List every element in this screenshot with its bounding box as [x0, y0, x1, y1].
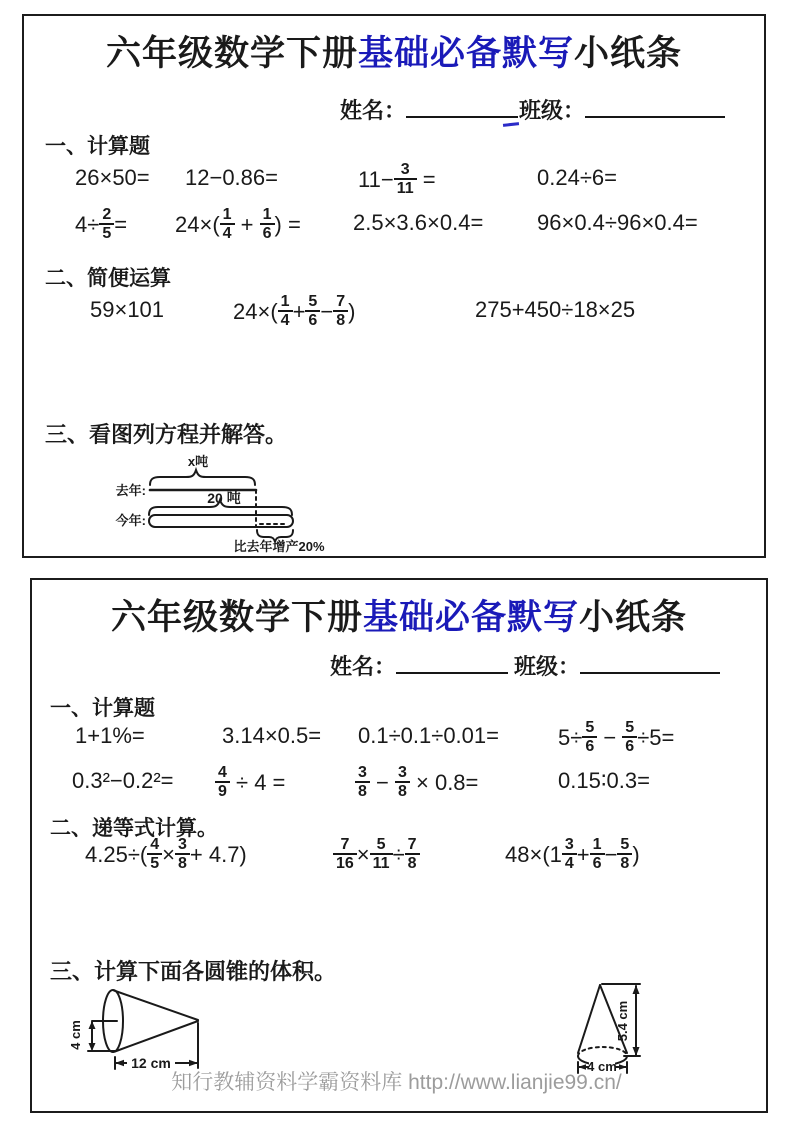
math-problem: 4÷25= — [75, 208, 127, 245]
fraction: 38 — [175, 836, 190, 873]
fraction: 49 — [215, 764, 230, 801]
worksheet-sheet-2: 六年级数学下册基础必备默写小纸条 姓名：班级： 一、计算题 1+1%= 3.14… — [30, 578, 768, 1113]
math-problem: 3.14×0.5= — [222, 721, 321, 751]
brace-over-last-year — [150, 470, 255, 485]
title-text-highlight: 基础必备默写 — [363, 598, 579, 637]
fraction: 716 — [333, 836, 357, 873]
fraction: 14 — [220, 206, 235, 243]
title-text-right: 小纸条 — [579, 598, 687, 637]
name-blank-line — [406, 96, 518, 118]
brace-over-this-year — [149, 500, 292, 515]
twenty-tons-label: 20 吨 — [207, 490, 240, 506]
worksheet-page: 六年级数学下册基础必备默写小纸条 姓名：班级： 一、计算题 26×50= 12−… — [0, 0, 793, 1122]
math-problem: 59×101 — [90, 295, 164, 325]
name-blank-line — [396, 652, 508, 674]
name-class-line: 姓名：班级： — [340, 94, 725, 125]
math-problem: 1+1%= — [75, 721, 145, 751]
fraction: 16 — [590, 836, 605, 873]
math-problem: 11−311 = — [358, 163, 436, 200]
math-problem: 0.15∶0.3= — [558, 766, 650, 796]
fraction: 78 — [405, 836, 420, 873]
this-year-label: 今年: — [115, 513, 146, 528]
math-problem: 48×(134+16−58) — [505, 838, 640, 875]
cone-side — [115, 1021, 198, 1052]
section1-heading: 一、计算题 — [50, 692, 155, 722]
name-class-line: 姓名：班级： — [330, 650, 720, 681]
math-problem: 4.25÷(45×38+ 4.7) — [85, 838, 247, 875]
fraction: 38 — [395, 764, 410, 801]
math-problem: 275+450÷18×25 — [475, 295, 635, 325]
cone-side — [578, 985, 600, 1053]
title-text-left: 六年级数学下册 — [111, 598, 363, 637]
math-problem: 5÷56 − 56÷5= — [558, 721, 674, 758]
height-label: 5.4 cm — [615, 1001, 630, 1041]
arrowhead-up — [89, 1021, 96, 1029]
section2-heading: 二、简便运算 — [45, 262, 171, 292]
cone-diagram-horizontal: 4 cm 12 cm — [55, 975, 220, 1080]
blue-pen-mark — [503, 122, 519, 127]
fraction: 58 — [617, 836, 632, 873]
sheet2-title: 六年级数学下册基础必备默写小纸条 — [32, 590, 766, 640]
section3-heading: 三、看图列方程并解答。 — [45, 418, 287, 449]
math-problem: 2.5×3.6×0.4= — [353, 208, 483, 238]
class-label: 班级： — [514, 654, 580, 679]
title-text-left: 六年级数学下册 — [106, 34, 358, 73]
fraction: 14 — [278, 293, 293, 330]
fraction: 311 — [394, 161, 417, 198]
fraction: 56 — [622, 719, 637, 756]
arrowhead-up — [633, 985, 640, 994]
math-problem: 49 ÷ 4 = — [215, 766, 285, 803]
class-blank-line — [585, 96, 725, 118]
title-text-highlight: 基础必备默写 — [358, 34, 574, 73]
radius-label: 4 cm — [68, 1020, 83, 1050]
math-problem: 24×(14+56−78) — [233, 295, 355, 332]
title-text-right: 小纸条 — [574, 34, 682, 73]
math-problem: 38 − 38 × 0.8= — [355, 766, 478, 803]
cone-side — [114, 991, 198, 1021]
name-label: 姓名： — [330, 654, 396, 679]
fraction: 34 — [562, 836, 577, 873]
math-problem: 0.3²−0.2²= — [72, 766, 174, 796]
name-label: 姓名： — [340, 98, 406, 123]
math-problem: 0.1÷0.1÷0.01= — [358, 721, 499, 751]
diagram-x-tons-label: x吨 — [188, 454, 208, 469]
watermark-text: 知行教辅资料学霸资料库 http://www.lianjie99.cn/ — [0, 1066, 793, 1096]
arrowhead-down — [89, 1043, 96, 1051]
math-problem: 26×50= — [75, 163, 150, 193]
cone-base-back-dashed — [578, 1047, 627, 1056]
fraction: 38 — [355, 764, 370, 801]
sheet1-title: 六年级数学下册基础必备默写小纸条 — [24, 26, 764, 76]
fraction: 511 — [370, 836, 393, 873]
increase-percent-label: 比去年增产20% — [233, 539, 324, 554]
math-problem: 716×511÷78 — [333, 838, 420, 875]
fraction: 16 — [260, 206, 275, 243]
math-problem: 96×0.4÷96×0.4= — [537, 208, 698, 238]
this-year-bar — [149, 515, 293, 527]
class-label: 班级： — [519, 98, 585, 123]
worksheet-sheet-1: 六年级数学下册基础必备默写小纸条 姓名：班级： 一、计算题 26×50= 12−… — [22, 14, 766, 558]
fraction: 78 — [333, 293, 348, 330]
arrowhead-down — [633, 1047, 640, 1056]
math-problem: 24×(14 + 16) = — [175, 208, 301, 245]
fraction: 25 — [99, 206, 114, 243]
class-blank-line — [580, 652, 720, 674]
bar-diagram: x吨 去年: 20 吨 今年: 比去年增产20% — [90, 448, 340, 556]
fraction: 56 — [582, 719, 597, 756]
last-year-label: 去年: — [116, 483, 146, 498]
math-problem: 12−0.86= — [185, 163, 278, 193]
section1-heading: 一、计算题 — [45, 130, 150, 160]
math-problem: 0.24÷6= — [537, 163, 617, 193]
fraction: 45 — [147, 836, 162, 873]
fraction: 56 — [305, 293, 320, 330]
